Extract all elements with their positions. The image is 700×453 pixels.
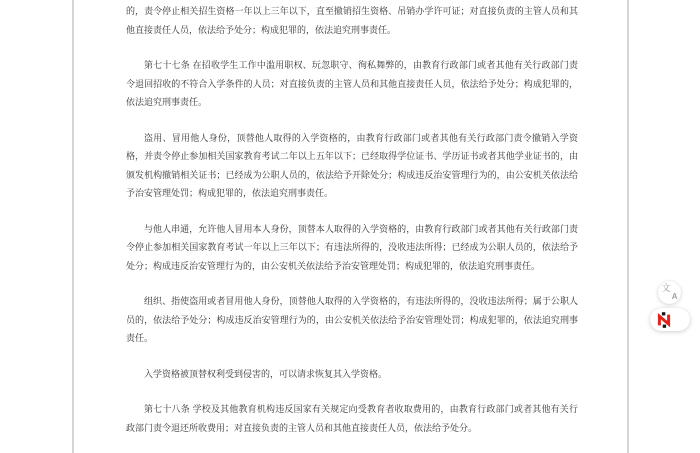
notegpt-widget-button[interactable] (650, 308, 690, 331)
paragraph: 与他人串通，允许他人冒用本人身份，顶替本人取得的入学资格的，由教育行政部门或者其… (126, 220, 578, 276)
translate-icon-a: A (672, 293, 678, 301)
paragraph-article-78: 第七十八条 学校及其他教育机构违反国家有关规定向受教育者收取费用的，由教育行政部… (126, 400, 578, 437)
translate-icon-zh: 文 (662, 284, 671, 293)
paragraph: 盗用、冒用他人身份，顶替他人取得的入学资格的，由教育行政部门或者其他有关行政部门… (126, 129, 578, 203)
article-body: 的，责令停止相关招生资格一年以上三年以下，直至撤销招生资格、吊销办学许可证；对直… (74, 0, 627, 437)
paragraph-continuation: 的，责令停止相关招生资格一年以上三年以下，直至撤销招生资格、吊销办学许可证；对直… (126, 2, 578, 39)
translate-icon: 文 A (663, 286, 677, 300)
article-page: 的，责令停止相关招生资格一年以上三年以下，直至撤销招生资格、吊销办学许可证；对直… (72, 0, 629, 453)
paragraph: 入学资格被顶替权利受到侵害的，可以请求恢复其入学资格。 (126, 365, 578, 384)
paragraph-article-77: 第七十七条 在招收学生工作中滥用职权、玩忽职守、徇私舞弊的，由教育行政部门或者其… (126, 56, 578, 112)
translate-widget-button[interactable]: 文 A (658, 281, 681, 304)
paragraph: 组织、指使盗用或者冒用他人身份，顶替他人取得的入学资格的，有违法所得的，没收违法… (126, 292, 578, 348)
notegpt-n-icon (656, 312, 672, 328)
